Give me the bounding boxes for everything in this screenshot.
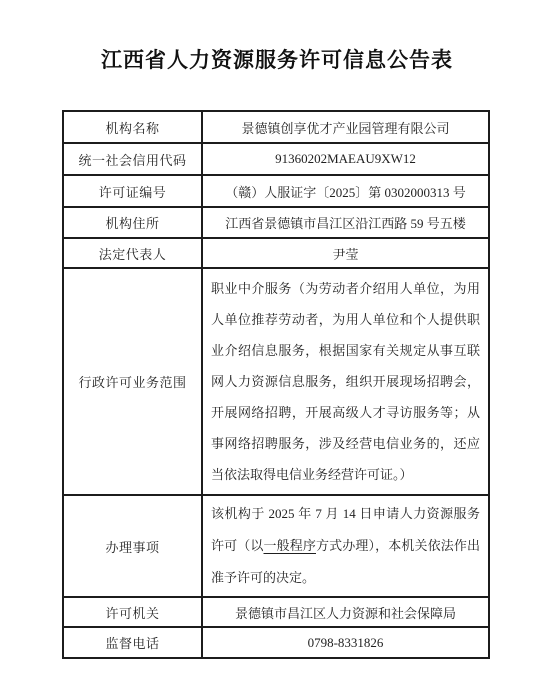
value-license-number: （赣）人服证字〔2025〕第 0302000313 号 <box>202 175 489 207</box>
announcement-document: 江西省人力资源服务许可信息公告表 机构名称 景德镇创享优才产业园管理有限公司 统… <box>0 0 554 674</box>
table-row-business-scope: 行政许可业务范围 职业中介服务（为劳动者介绍用人单位，为用人单位推荐劳动者，为用… <box>63 268 489 495</box>
label-org-name: 机构名称 <box>63 111 202 143</box>
value-credit-code: 91360202MAEAU9XW12 <box>202 143 489 175</box>
table-row-address: 机构住所 江西省景德镇市昌江区沿江西路 59 号五楼 <box>63 207 489 238</box>
table-row-org-name: 机构名称 景德镇创享优才产业园管理有限公司 <box>63 111 489 143</box>
value-business-scope: 职业中介服务（为劳动者介绍用人单位，为用人单位推荐劳动者，为用人单位和个人提供职… <box>202 268 489 495</box>
table-row-supervision-phone: 监督电话 0798-8331826 <box>63 627 489 658</box>
table-row-handling-matter: 办理事项 该机构于 2025 年 7 月 14 日申请人力资源服务许可（以一般程… <box>63 495 489 597</box>
label-credit-code: 统一社会信用代码 <box>63 143 202 175</box>
table-row-credit-code: 统一社会信用代码 91360202MAEAU9XW12 <box>63 143 489 175</box>
label-licensing-authority: 许可机关 <box>63 597 202 627</box>
table-row-legal-representative: 法定代表人 尹莹 <box>63 238 489 268</box>
value-handling-matter: 该机构于 2025 年 7 月 14 日申请人力资源服务许可（以一般程序方式办理… <box>202 495 489 597</box>
value-legal-representative: 尹莹 <box>202 238 489 268</box>
label-handling-matter: 办理事项 <box>63 495 202 597</box>
value-address: 江西省景德镇市昌江区沿江西路 59 号五楼 <box>202 207 489 238</box>
page-title: 江西省人力资源服务许可信息公告表 <box>0 47 554 75</box>
label-business-scope: 行政许可业务范围 <box>63 268 202 495</box>
value-licensing-authority: 景德镇市昌江区人力资源和社会保障局 <box>202 597 489 627</box>
license-info-table: 机构名称 景德镇创享优才产业园管理有限公司 统一社会信用代码 91360202M… <box>62 110 490 659</box>
label-address: 机构住所 <box>63 207 202 238</box>
value-supervision-phone: 0798-8331826 <box>202 627 489 658</box>
label-legal-representative: 法定代表人 <box>63 238 202 268</box>
label-supervision-phone: 监督电话 <box>63 627 202 658</box>
value-org-name: 景德镇创享优才产业园管理有限公司 <box>202 111 489 143</box>
label-license-number: 许可证编号 <box>63 175 202 207</box>
table-row-licensing-authority: 许可机关 景德镇市昌江区人力资源和社会保障局 <box>63 597 489 627</box>
handling-matter-underlined-procedure: 一般程序 <box>264 538 317 553</box>
table-row-license-number: 许可证编号 （赣）人服证字〔2025〕第 0302000313 号 <box>63 175 489 207</box>
